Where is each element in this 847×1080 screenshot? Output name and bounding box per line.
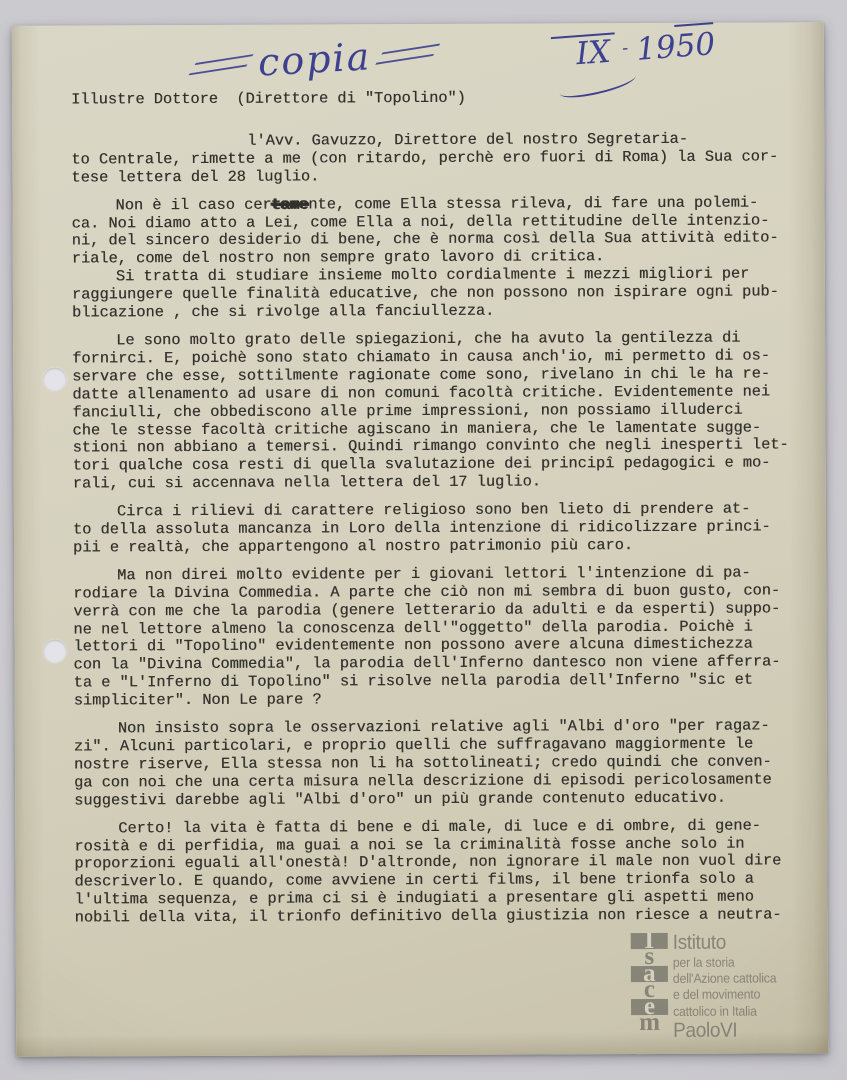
isacem-text-line: e del movimento [673, 988, 776, 1002]
letter-line: ta e "L'Inferno di Topolino" si risolve … [74, 672, 800, 693]
letter-line: nobili della vita, il trionfo definitivo… [75, 906, 801, 927]
letter-body: l'Avv. Gavuzzo, Direttore del nostro Seg… [71, 130, 800, 927]
letter-line: to Centrale, rimette a me (con ritardo, … [71, 148, 797, 169]
isacem-letter: e [631, 998, 668, 1015]
letter-line: simpliciter". Non Le pare ? [74, 690, 800, 711]
letter-paragraph: Certo! la vita è fatta di bene e di male… [74, 817, 800, 928]
handwritten-copy-annotation: copia [193, 34, 436, 86]
pen-flourish-right [376, 43, 441, 64]
isacem-text-line: Istituto [673, 932, 777, 953]
date-roman-month: IX [551, 32, 618, 72]
isacem-letter: c [631, 982, 668, 999]
isacem-text-column: Istitutoper la storiadell'Azione cattoli… [673, 932, 777, 1043]
letter-line: blicazione , che si rivolge alla fanciul… [72, 301, 798, 322]
isacem-text-line: PaoloVI [673, 1021, 777, 1042]
letter-line: tese lettera del 28 luglio. [71, 166, 797, 187]
isacem-watermark-logo: Isacem Istitutoper la storiadell'Azione … [631, 932, 785, 1043]
letter-line: rali, cui si accennava nella lettera del… [73, 473, 799, 494]
isacem-letter: a [631, 966, 668, 983]
typed-letter: Illustre Dottore (Direttore di "Topolino… [71, 88, 801, 927]
letter-paragraph: Non insisto sopra le osservazioni relati… [74, 717, 800, 810]
date-year: 1950 [635, 27, 716, 66]
isacem-letter: s [631, 949, 668, 966]
handwritten-date-annotation: IX-1950 [551, 25, 716, 72]
letter-paragraph: l'Avv. Gavuzzo, Direttore del nostro Seg… [71, 130, 797, 187]
isacem-acronym-column: Isacem [631, 933, 668, 1044]
letter-paragraph: Non è il caso certamente, come Ella stes… [72, 194, 798, 269]
letter-paragraph: Si tratta di studiare insieme molto cord… [72, 266, 798, 323]
isacem-letter: I [631, 933, 668, 950]
letter-paragraph: Le sono molto grato delle spiegazioni, c… [72, 329, 799, 493]
isacem-text-line: dell'Azione cattolica [673, 971, 776, 985]
punch-hole-bottom [43, 640, 66, 663]
isacem-letter: m [631, 1015, 668, 1032]
letter-paragraph: Circa i rilievi di carattere religioso s… [73, 500, 799, 557]
pen-flourish-left [189, 54, 254, 75]
date-separator: - [622, 39, 629, 57]
punch-hole-top [43, 368, 66, 391]
overstruck-text: tame [272, 195, 309, 213]
letter-line: pii e realtà, che appartengono al nostro… [73, 536, 799, 557]
letter-line: suggestivi darebbe agli "Albi d'oro" un … [74, 789, 800, 810]
isacem-text-line: per la storia [673, 955, 776, 969]
scanned-letter-page: copia IX-1950 Illustre Dottore (Direttor… [12, 22, 828, 1057]
copy-mark-text: copia [257, 37, 372, 81]
isacem-text-line: cattolico in Italia [673, 1004, 776, 1018]
letter-salutation: Illustre Dottore (Direttore di "Topolino… [71, 88, 797, 109]
letter-paragraph: Ma non direi molto evidente per i giovan… [73, 564, 800, 710]
